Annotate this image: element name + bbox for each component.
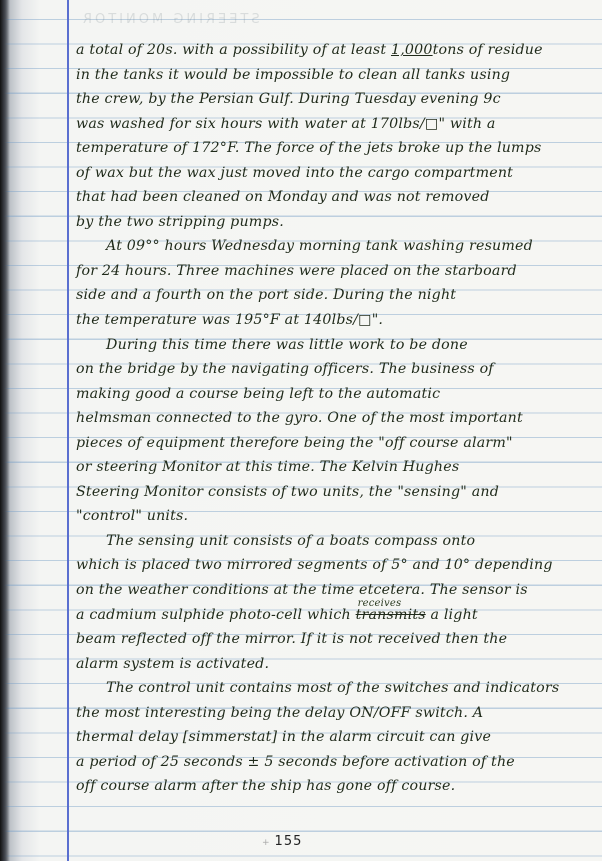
text-line: During this time there was little work t… xyxy=(76,333,596,358)
text-line: the crew, by the Persian Gulf. During Tu… xyxy=(76,87,596,112)
text-line: making good a course being left to the a… xyxy=(76,382,596,407)
text-line: which is placed two mirrored segments of… xyxy=(76,553,596,578)
text-line: of wax but the wax just moved into the c… xyxy=(76,161,596,186)
text-line: or steering Monitor at this time. The Ke… xyxy=(76,455,596,480)
text-line: Steering Monitor consists of two units, … xyxy=(76,480,596,505)
margin-line xyxy=(67,0,69,861)
text-line: thermal delay [simmerstat] in the alarm … xyxy=(76,725,596,750)
text-line: in the tanks it would be impossible to c… xyxy=(76,63,596,88)
binding-shadow xyxy=(0,0,10,861)
text-line: beam reflected off the mirror. If it is … xyxy=(76,627,596,652)
text-line: a total of 20s. with a possibility of at… xyxy=(76,38,596,63)
notebook-page: STEERING MONITOR a total of 20s. with a … xyxy=(0,0,602,861)
text-line: helmsman connected to the gyro. One of t… xyxy=(76,406,596,431)
text-line: by the two stripping pumps. xyxy=(76,210,596,235)
text-line: was washed for six hours with water at 1… xyxy=(76,112,596,137)
text-line: the temperature was 195°F at 140lbs/□". xyxy=(76,308,596,333)
text-line: temperature of 172°F. The force of the j… xyxy=(76,136,596,161)
text-line: The sensing unit consists of a boats com… xyxy=(76,529,596,554)
inserted-word: receives xyxy=(358,592,402,616)
page-number-prefix: + xyxy=(262,838,271,848)
text-line: "control" units. xyxy=(76,504,596,529)
underlined-quantity: 1,000 xyxy=(391,42,433,58)
correction: receives transmits xyxy=(356,603,426,627)
text-line: on the bridge by the navigating officers… xyxy=(76,357,596,382)
text-line: the most interesting being the delay ON/… xyxy=(76,701,596,726)
text-line: pieces of equipment therefore being the … xyxy=(76,431,596,456)
text-line: off course alarm after the ship has gone… xyxy=(76,774,596,799)
handwritten-text: a total of 20s. with a possibility of at… xyxy=(76,38,596,799)
text-line: side and a fourth on the port side. Duri… xyxy=(76,283,596,308)
page-number: +155 xyxy=(262,834,302,849)
text-line: alarm system is activated. xyxy=(76,652,596,677)
text-line: on the weather conditions at the time et… xyxy=(76,578,596,603)
text-line: that had been cleaned on Monday and was … xyxy=(76,185,596,210)
text-line: At 09°° hours Wednesday morning tank was… xyxy=(76,234,596,259)
text-line: a cadmium sulphide photo-cell which rece… xyxy=(76,603,596,628)
text-line: for 24 hours. Three machines were placed… xyxy=(76,259,596,284)
show-through-heading: STEERING MONITOR xyxy=(80,12,260,27)
text-line: The control unit contains most of the sw… xyxy=(76,676,596,701)
text-line: a period of 25 seconds ± 5 seconds befor… xyxy=(76,750,596,775)
